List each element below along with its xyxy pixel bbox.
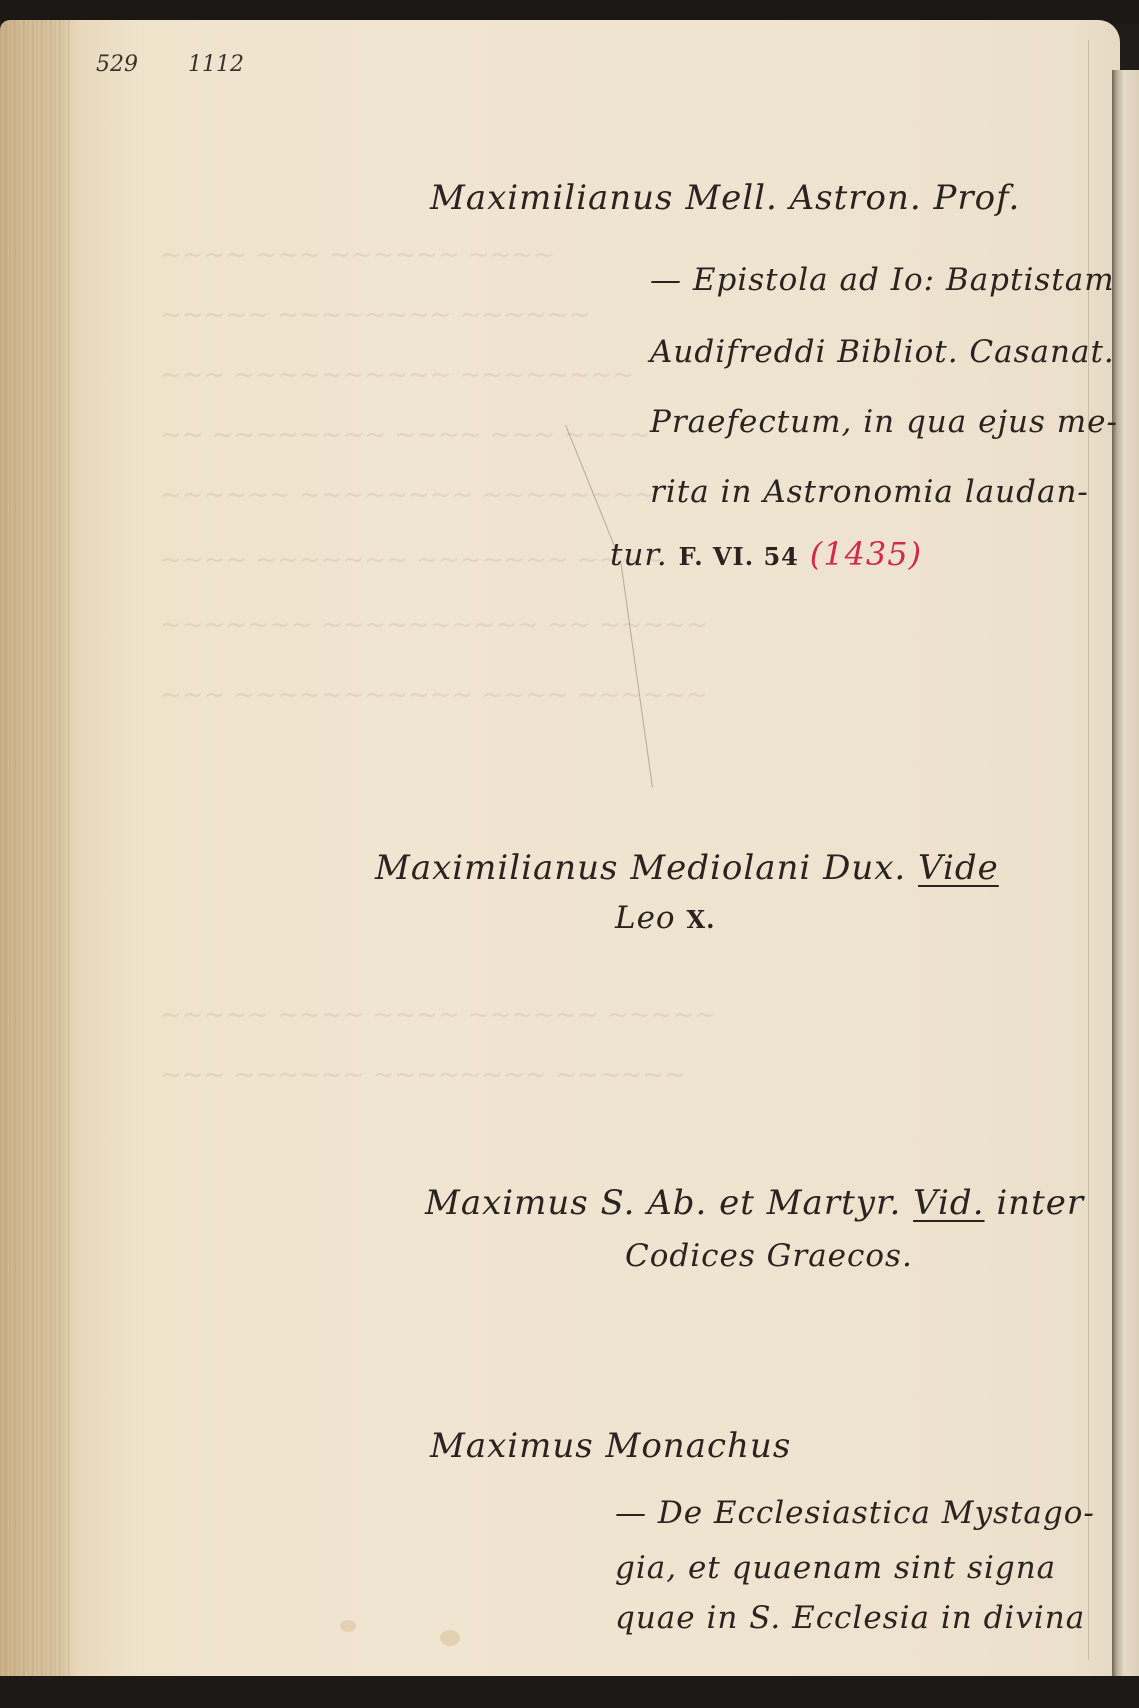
entry-heading-text: Maximus S. Ab. et Martyr.	[425, 1183, 901, 1223]
bleed-through-text: ~~ ~~~~~~~~ ~~~~ ~~~ ~~~~	[160, 420, 651, 450]
entry-heading: Maximilianus Mediolani Dux. Vide	[375, 848, 999, 888]
bleed-through-text: ~~~~~ ~~~~ ~~~~ ~~~~~~ ~~~~~	[160, 1000, 716, 1030]
see-reference: Vide	[918, 848, 999, 888]
bleed-through-text: ~~~ ~~~~~~~~~~~ ~~~~ ~~~~~~	[160, 680, 708, 710]
entry-heading: Maximilianus Mell. Astron. Prof.	[430, 178, 1020, 218]
foxing-stain	[440, 1630, 460, 1646]
page-stack-edge	[0, 20, 70, 1680]
bleed-through-text: ~~~~ ~~~~~~~ ~~~~~~~ ~~~~	[160, 545, 664, 575]
entry-heading-tail: inter	[996, 1183, 1084, 1223]
entry-line: quae in S. Ecclesia in divina	[615, 1600, 1085, 1636]
scan-background-bottom	[0, 1676, 1139, 1708]
entry-heading-text: Maximilianus Mediolani Dux.	[375, 848, 906, 888]
entry-line: Praefectum, in qua ejus me-	[650, 404, 1118, 440]
folio-number: 1112	[188, 52, 244, 77]
entry-line: — De Ecclesiastica Mystago-	[615, 1495, 1095, 1531]
foxing-stain	[340, 1620, 356, 1632]
see-reference: Vid.	[913, 1183, 984, 1223]
entry-line: Audifreddi Bibliot. Casanat.	[650, 334, 1115, 370]
shelfmark: F. VI. 54	[679, 542, 799, 571]
bleed-through-text: ~~~~ ~~~ ~~~~~~ ~~~~	[160, 240, 555, 270]
bleed-through-text: ~~~~~~ ~~~~~~~~ ~~~~~~~~	[160, 480, 656, 510]
entry-line: rita in Astronomia laudan-	[650, 474, 1089, 510]
roman-numeral: X.	[686, 905, 715, 934]
bleed-through-text: ~~~ ~~~~~~ ~~~~~~~~ ~~~~~~	[160, 1060, 686, 1090]
bleed-through-text: ~~~~~ ~~~~~~~~ ~~~~~~	[160, 300, 590, 330]
entry-line: gia, et quaenam sint signa	[615, 1550, 1056, 1586]
entry-line-text: tur.	[610, 537, 668, 573]
adjacent-page-edge	[1112, 70, 1139, 1708]
entry-line: — Epistola ad Io: Baptistam	[650, 262, 1115, 298]
entry-line-text: — Epistola ad Io: Baptistam	[650, 262, 1115, 298]
bleed-through-text: ~~~ ~~~~~~~~~~ ~~~~~~~~	[160, 360, 634, 390]
folio-number-old: 529	[96, 52, 138, 77]
entry-line: Codices Graecos.	[625, 1238, 913, 1274]
entry-line-text: Leo	[615, 900, 676, 936]
entry-heading: Maximus Monachus	[430, 1426, 791, 1466]
entry-line: Leo X.	[615, 900, 715, 936]
red-catalogue-number: (1435)	[810, 535, 922, 573]
entry-heading: Maximus S. Ab. et Martyr. Vid. inter	[425, 1183, 1084, 1223]
entry-line: tur. F. VI. 54 (1435)	[610, 535, 922, 573]
bleed-through-text: ~~~~~~~ ~~~~~~~~~~ ~~ ~~~~~	[160, 610, 708, 640]
